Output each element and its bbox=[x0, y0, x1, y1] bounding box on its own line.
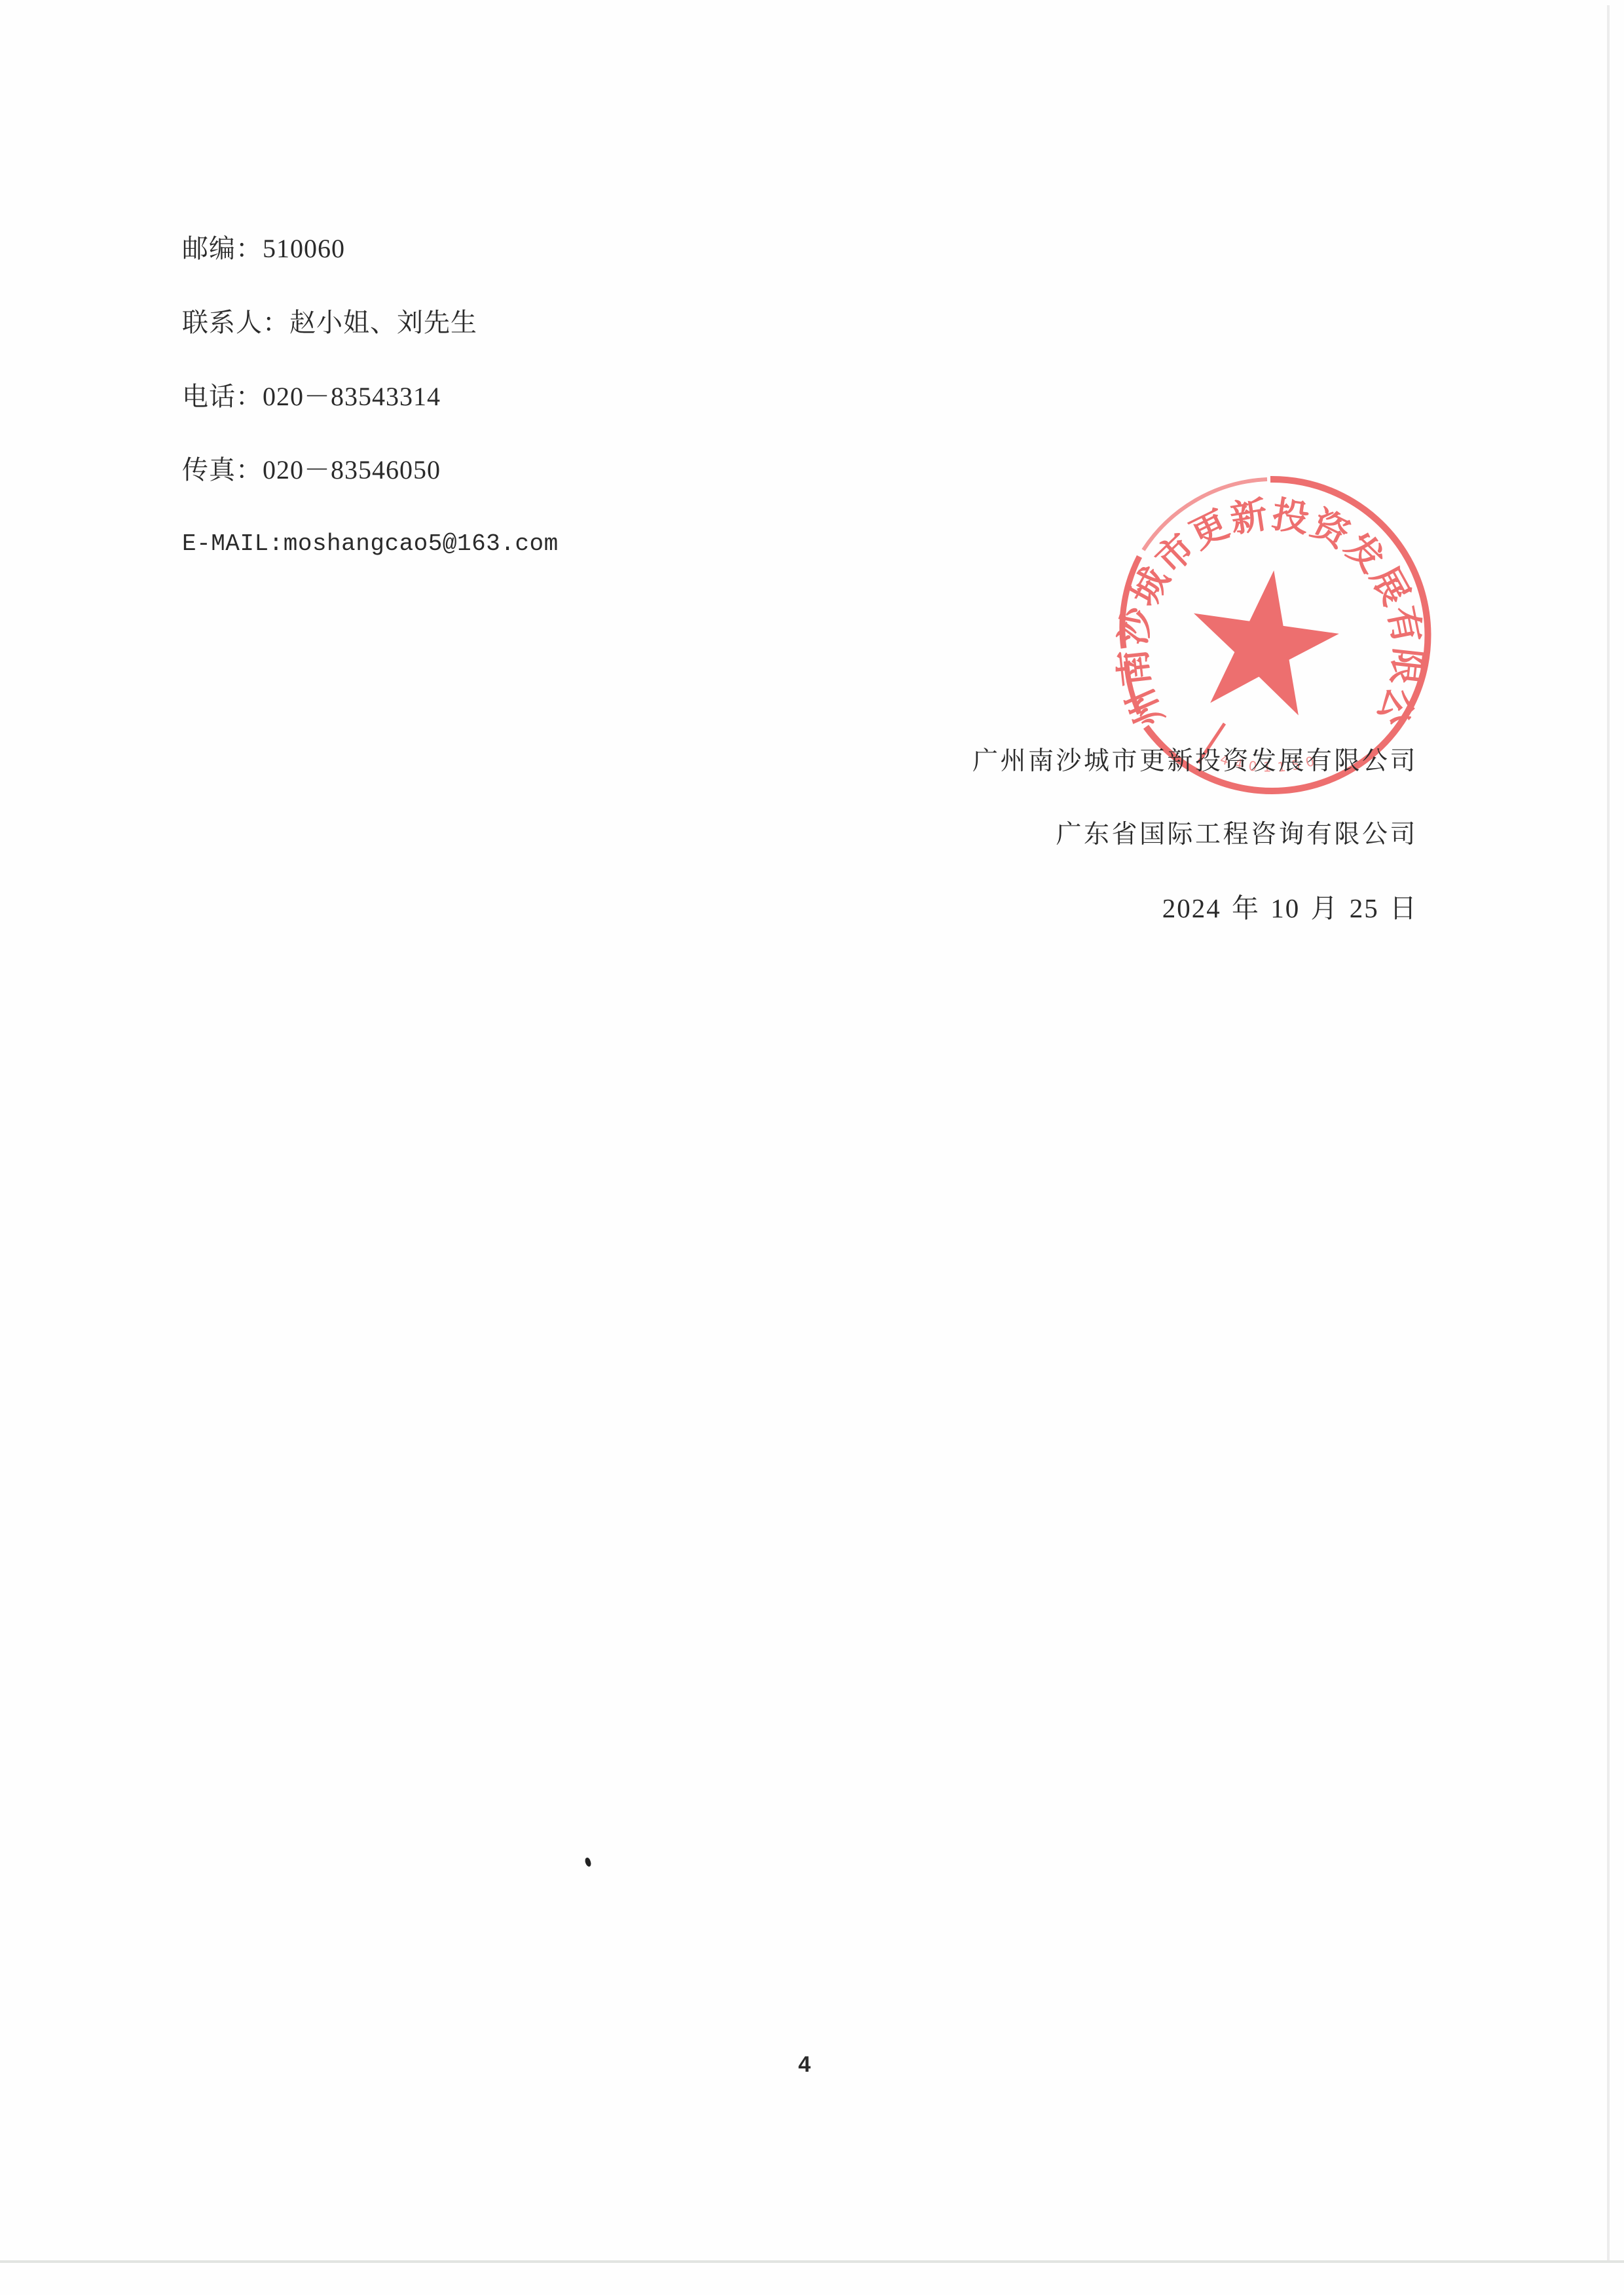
scan-edge-bottom bbox=[0, 2260, 1624, 2263]
scan-speck bbox=[584, 1857, 592, 1867]
signatory-company-1: 广州南沙城市更新投资发展有限公司 bbox=[972, 748, 1418, 775]
signatory-company-2: 广东省国际工程咨询有限公司 bbox=[1056, 822, 1418, 848]
star-icon bbox=[1182, 560, 1347, 719]
signature-date: 2024 年 10 月 25 日 bbox=[1162, 895, 1418, 921]
page-number: 4 bbox=[798, 2052, 811, 2078]
contact-person-value: 赵小姐、刘先生 bbox=[289, 308, 477, 338]
postcode-value: 510060 bbox=[263, 234, 345, 263]
phone-line: 电话：020－83543314 bbox=[182, 384, 441, 410]
contact-person-label: 联系人： bbox=[182, 308, 289, 338]
scan-edge-right bbox=[1607, 5, 1610, 2261]
email-value[interactable]: moshangcao5@163.com bbox=[284, 530, 559, 557]
fax-label: 传真： bbox=[182, 455, 263, 485]
fax-line: 传真：020－83546050 bbox=[182, 457, 441, 483]
phone-value: 020－83543314 bbox=[263, 382, 441, 411]
email-line: E-MAIL:moshangcao5@163.com bbox=[182, 531, 559, 557]
phone-label: 电话： bbox=[182, 382, 263, 412]
fax-value: 020－83546050 bbox=[263, 455, 441, 485]
email-label: E-MAIL: bbox=[182, 530, 284, 557]
postcode-line: 邮编：510060 bbox=[182, 236, 345, 262]
postcode-label: 邮编： bbox=[182, 234, 263, 264]
contact-person-line: 联系人：赵小姐、刘先生 bbox=[182, 310, 477, 336]
document-page: 邮编：510060 联系人：赵小姐、刘先生 电话：020－83543314 传真… bbox=[0, 0, 1624, 2295]
